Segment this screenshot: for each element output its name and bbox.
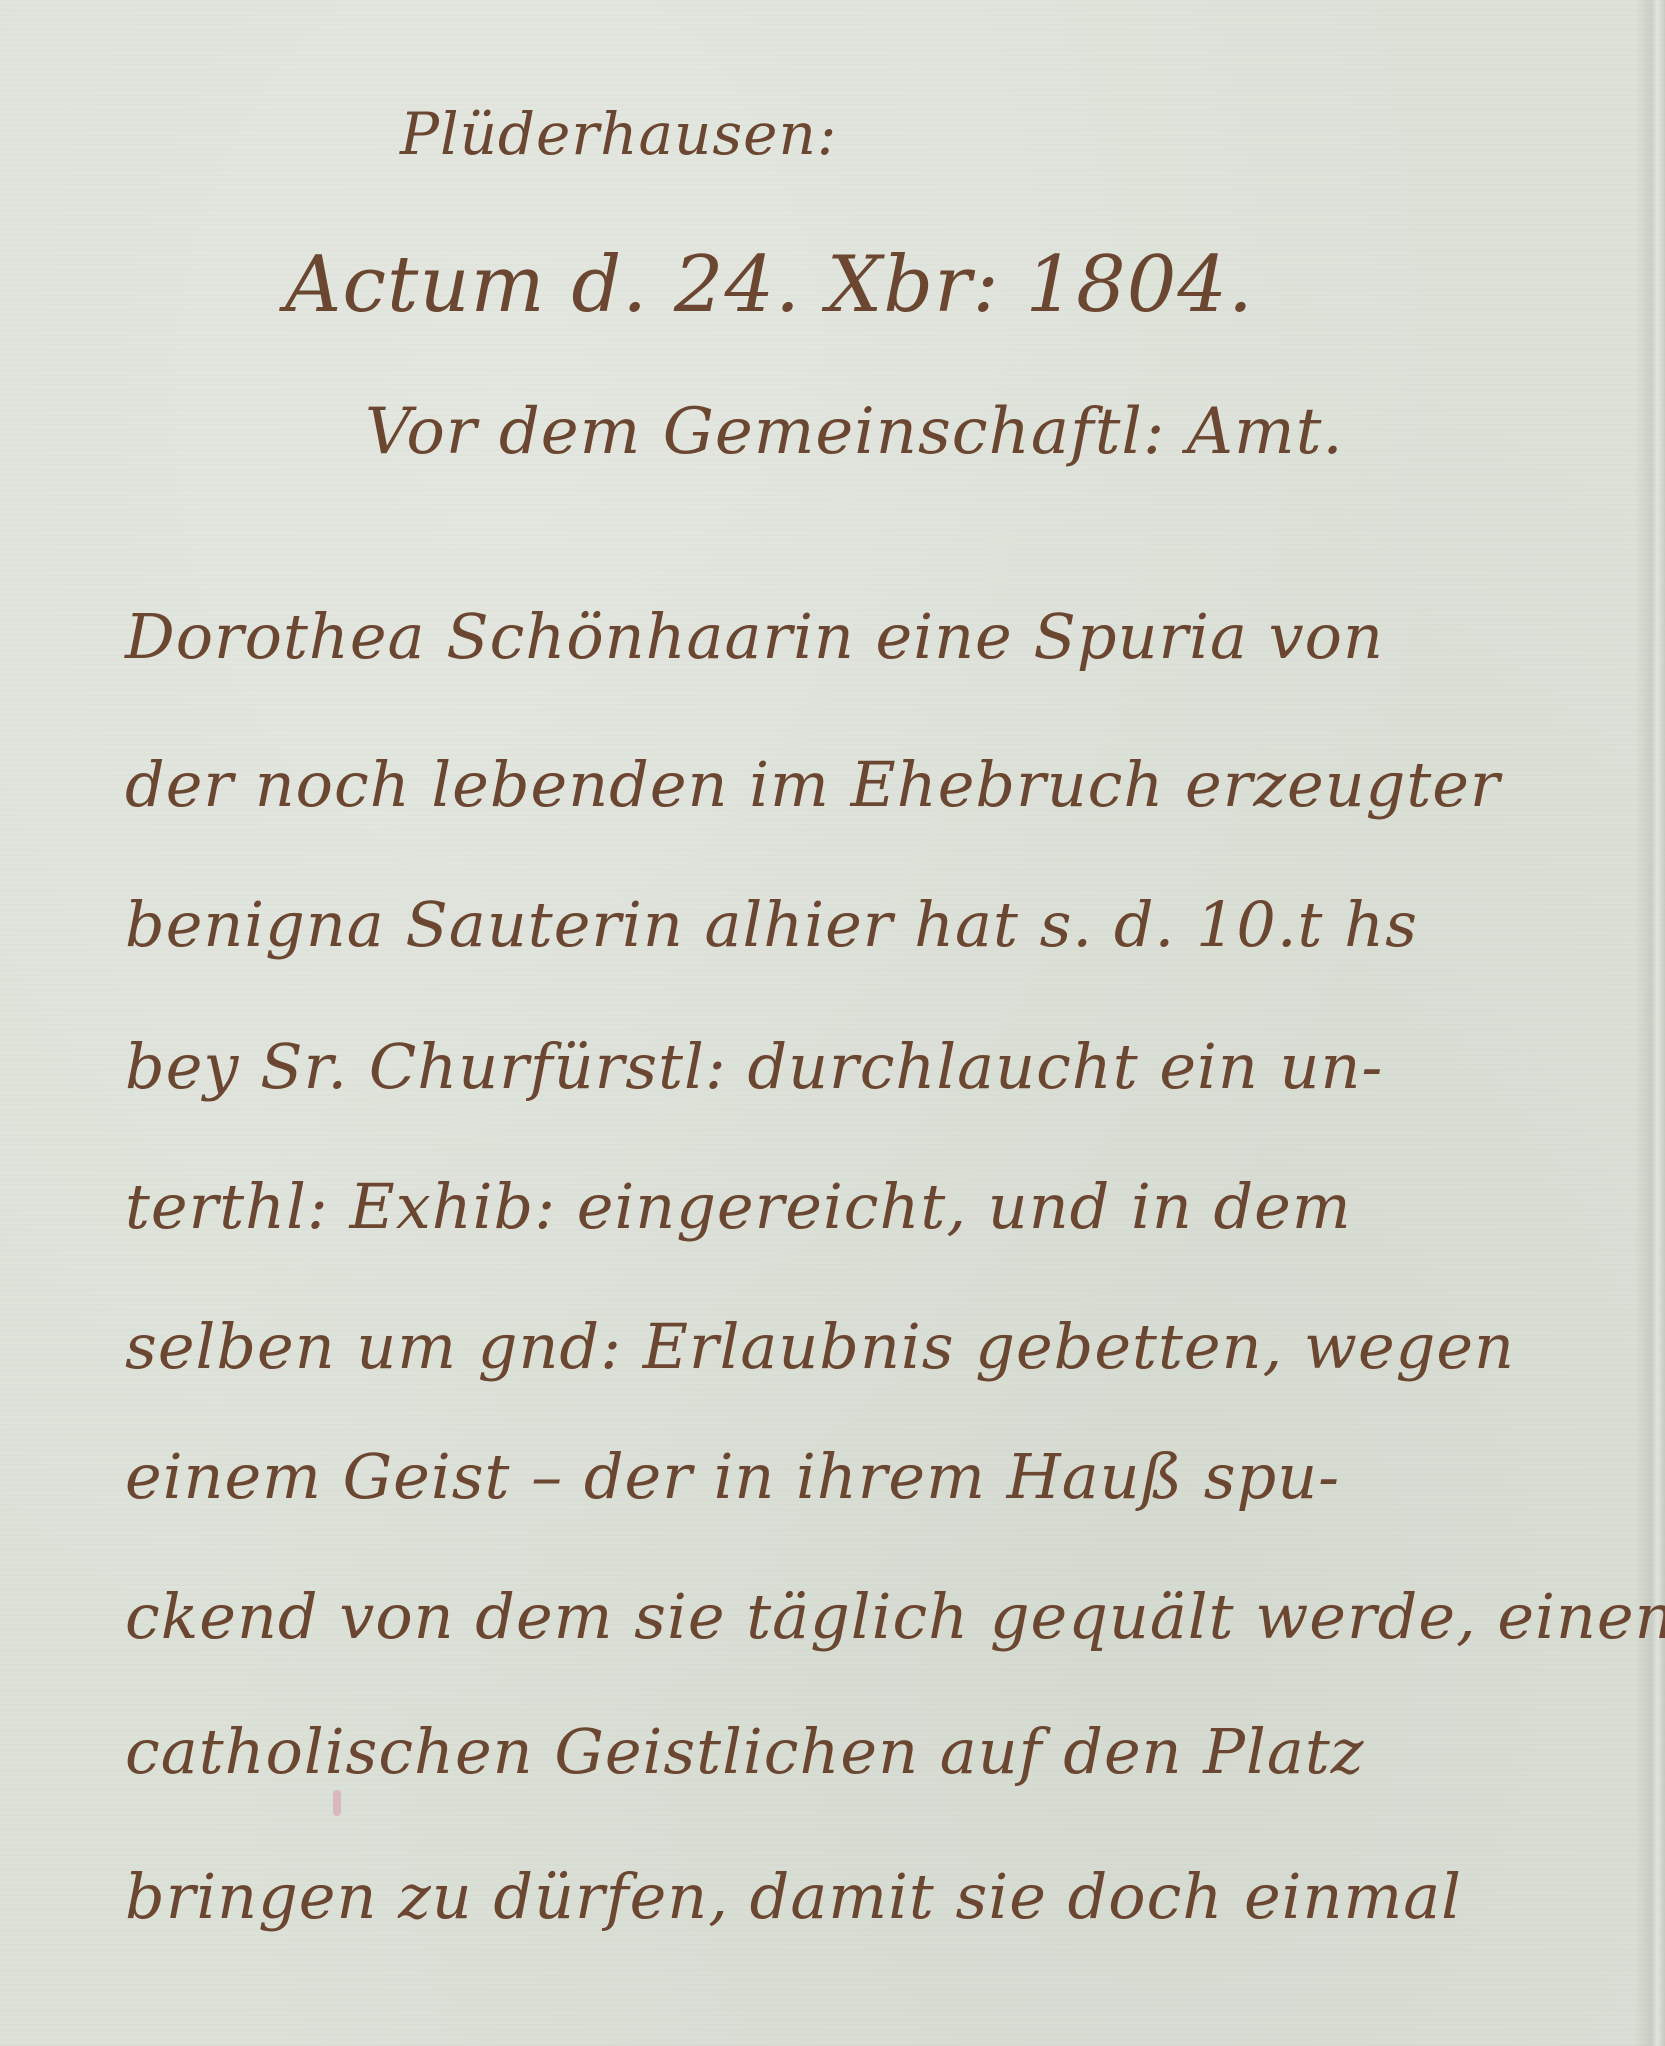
date-heading: Actum d. 24. Xbr: 1804. (285, 240, 1254, 330)
body-line: ckend von dem sie täglich gequält werde,… (125, 1580, 1665, 1653)
ink-stain (333, 1790, 341, 1816)
body-line: terthl: Exhib: eingereicht, und in dem (125, 1170, 1352, 1243)
body-line: der noch lebenden im Ehebruch erzeugter (125, 748, 1501, 821)
body-line: einem Geist – der in ihrem Hauß spu- (125, 1440, 1340, 1513)
manuscript-page: Plüderhausen: Actum d. 24. Xbr: 1804. Vo… (0, 0, 1665, 2046)
body-line: catholischen Geistlichen auf den Platz (125, 1715, 1364, 1788)
page-edge-shadow (1635, 0, 1665, 2046)
place-heading: Plüderhausen: (400, 100, 837, 168)
body-line: benigna Sauterin alhier hat s. d. 10.t h… (125, 888, 1418, 961)
body-line: bringen zu dürfen, damit sie doch einmal (125, 1860, 1462, 1933)
body-line: bey Sr. Churfürstl: durchlaucht ein un- (125, 1030, 1383, 1103)
body-line: Dorothea Schönhaarin eine Spuria von (125, 600, 1384, 673)
authority-heading: Vor dem Gemeinschaftl: Amt. (365, 395, 1344, 469)
body-line: selben um gnd: Erlaubnis gebetten, wegen (125, 1310, 1515, 1383)
